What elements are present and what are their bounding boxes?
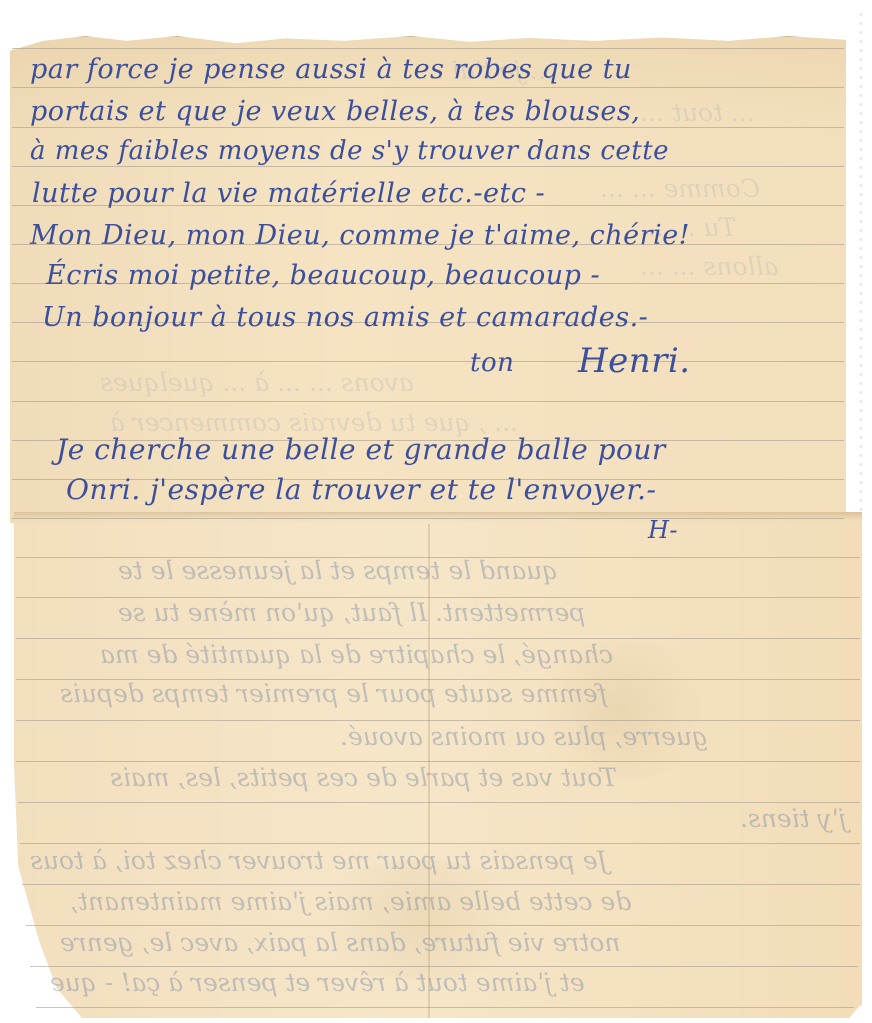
signature: Henri. (578, 344, 691, 378)
postscript-initial: H- (648, 518, 678, 542)
ghost-line: ... , que tu devrais commencer à (110, 410, 518, 435)
letter-line: Mon Dieu, mon Dieu, comme je t'aime, ché… (30, 222, 690, 249)
postscript-line: Onri. j'espère la trouver et te l'envoye… (66, 476, 656, 504)
ghost-line: guerre, plus ou moins avoué. (340, 724, 708, 749)
ghost-line: Tout vas et parle de ces petits, les, ma… (110, 765, 617, 790)
letter-line: Un bonjour à tous nos amis et camarades.… (42, 304, 648, 331)
ghost-line: Comme ... ... (600, 176, 760, 201)
ghost-line: quand le temps et la jeunesse le te (118, 558, 558, 583)
letter-line: par force je pense aussi à tes robes que… (30, 56, 632, 83)
ghost-line: notre vie future, dans la paix, avec le,… (60, 930, 621, 955)
ghost-line: changé, le chapitre de la quantité de ma (100, 642, 613, 667)
paper-stain (300, 860, 540, 980)
letter-line: à mes faibles moyens de s'y trouver dans… (30, 138, 669, 164)
ghost-line: j'y tiens. (740, 806, 846, 831)
letter-line: Écris moi petite, beaucoup, beaucoup - (46, 262, 600, 289)
ghost-line: de cette belle amie, mais j'aime mainten… (70, 889, 631, 914)
ghost-line: et j'aime tout à rêver et penser à ça! -… (50, 970, 585, 995)
letter-scan: ... je t'ai ... ... tout ... Comme ... .… (0, 0, 872, 1023)
ghost-line: femme saute pour le premier temps depuis (60, 681, 607, 706)
postscript-line: Je cherche une belle et grande balle pou… (56, 436, 666, 464)
letter-line: portais et que je veux belles, à tes blo… (30, 98, 640, 125)
ghost-line: allons ... ... (640, 254, 778, 279)
closing-word: ton (470, 350, 514, 376)
letter-line: lutte pour la vie matérielle etc.-etc - (32, 180, 545, 207)
ghost-line: avons ... ... à ... quelques (100, 370, 414, 395)
ghost-line: Je pensais tu pour me trouver chez toi, … (30, 848, 608, 873)
ghost-line: permettent. Il faut, qu'on mène tu se (118, 600, 585, 625)
ghost-line: ... tout ... (640, 100, 755, 125)
